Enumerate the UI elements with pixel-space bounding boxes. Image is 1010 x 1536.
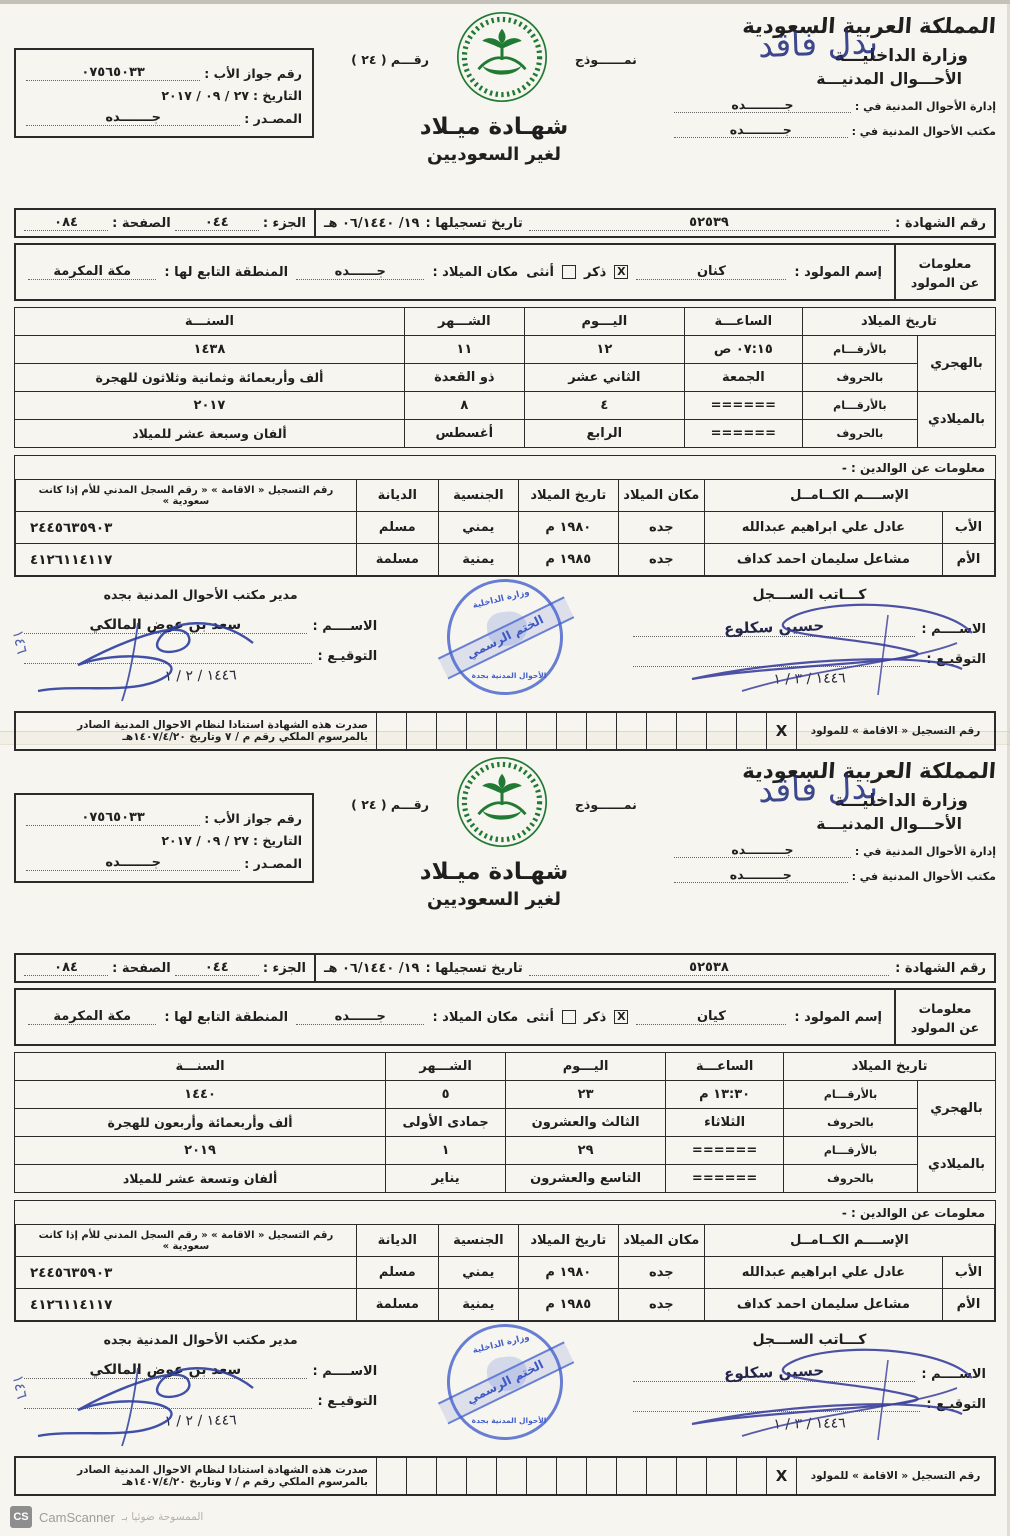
empty-box bbox=[496, 1458, 526, 1494]
gregorian-day-words: الرابع bbox=[524, 420, 684, 448]
empty-box bbox=[466, 1458, 496, 1494]
stamp-column: وزارة الداخلية الختم الرسمي الأحوال المد… bbox=[387, 585, 623, 707]
director-title: مدير مكتب الأحوال المدنية بجده bbox=[24, 1332, 377, 1347]
gregorian-day-number: ٢٩ bbox=[506, 1137, 666, 1165]
saudi-emblem-icon bbox=[455, 10, 549, 108]
issuance-note: صدرت هذه الشهادة استنادا لنظام الاحوال ا… bbox=[16, 713, 376, 749]
newborn-section-line2: عن المولود bbox=[896, 274, 994, 293]
header-center-block: نمــــــوذج bbox=[314, 8, 674, 204]
hijri-month-words: ذو القعدة bbox=[404, 364, 524, 392]
mother-row: الأم مشاعل سليمان احمد كداف جده ١٩٨٥ م ي… bbox=[16, 1289, 995, 1321]
empty-box bbox=[736, 713, 766, 749]
mother-label-cell: الأم bbox=[943, 1289, 995, 1321]
registrar-name-value: حسين سكلوع bbox=[633, 618, 916, 637]
mother-row: الأم مشاعل سليمان احمد كداف جده ١٩٨٥ م ي… bbox=[16, 544, 995, 576]
civil-affairs-title: الأحـــوال المدنيـــة bbox=[674, 70, 962, 88]
passport-source-line: المصـدر : جـــــــده bbox=[26, 110, 302, 126]
hour-column-header: الساعـــة bbox=[684, 308, 802, 336]
mother-name: مشاعل سليمان احمد كداف bbox=[704, 544, 942, 576]
hijri-day-number: ١٢ bbox=[524, 336, 684, 364]
certificate-number-row: رقم الشهادة : ٥٢٥٣٩ تاريخ تسجيلها : ١٩/ … bbox=[14, 208, 996, 238]
certificate-header: المملكة العربية السعودية بدل فاقد وزارة … bbox=[14, 753, 996, 949]
form-word-label: نمــــــوذج bbox=[575, 797, 637, 812]
certificate-number-row: رقم الشهادة : ٥٢٥٣٨ تاريخ تسجيلها : ١٩/ … bbox=[14, 953, 996, 983]
page-label: الصفحة : bbox=[112, 961, 170, 976]
empty-box bbox=[376, 713, 406, 749]
male-label: ذكر bbox=[584, 1010, 606, 1025]
registrar-name-line: الاســــم : حسين سكلوع bbox=[633, 618, 986, 637]
registrar-title: كـــاتب الســـجل bbox=[633, 1332, 986, 1348]
official-stamp: وزارة الداخلية الختم الرسمي الأحوال المد… bbox=[441, 1318, 568, 1445]
hijri-weekday: الجمعة bbox=[684, 364, 802, 392]
male-checkbox: X bbox=[614, 1010, 628, 1024]
hijri-month-number: ١١ bbox=[404, 336, 524, 364]
mother-religion: مسلمة bbox=[356, 544, 438, 576]
father-name: عادل علي ابراهيم عبدالله bbox=[704, 1257, 942, 1289]
mother-label-cell: الأم bbox=[943, 544, 995, 576]
signatures-section: كـــاتب الســـجل الاســــم : حسين سكلوع … bbox=[14, 585, 996, 707]
registrar-name-label: الاســــم : bbox=[921, 1367, 986, 1382]
director-block: مدير مكتب الأحوال المدنية بجده الاســــم… bbox=[14, 1330, 387, 1452]
newborn-section-label: معلومات عن المولود bbox=[894, 990, 994, 1044]
hijri-year-number: ١٤٤٠ bbox=[15, 1081, 386, 1109]
female-checkbox bbox=[562, 1010, 576, 1024]
registrar-signature-label: التوقيـع : bbox=[926, 1397, 986, 1412]
gregorian-day-number: ٤ bbox=[524, 392, 684, 420]
local-office-line: مكتب الأحوال المدنية في : جـــــــــده bbox=[674, 122, 996, 138]
form-number-label: رقـــم ( ٢٤ ) bbox=[351, 797, 429, 812]
father-religion: مسلم bbox=[356, 512, 438, 544]
newborn-section-line1: معلومات bbox=[896, 255, 994, 274]
local-office-label: مكتب الأحوال المدنية في : bbox=[852, 870, 996, 883]
empty-box bbox=[376, 1458, 406, 1494]
birthplace-label: مكان الميلاد : bbox=[432, 265, 518, 280]
camscanner-arabic-text: الممسوحة ضوئيا بـ bbox=[122, 1511, 203, 1523]
hijri-month-number: ٥ bbox=[386, 1081, 506, 1109]
registrar-signature-line: التوقيـع : bbox=[633, 652, 986, 667]
passport-date-line: التاريخ : ٢٧ / ٠٩ / ٢٠١٧ bbox=[26, 88, 302, 103]
father-birthplace: جده bbox=[618, 512, 704, 544]
newborn-section-label: معلومات عن المولود bbox=[894, 245, 994, 299]
admin-office-line: إدارة الأحوال المدنية في : جـــــــــده bbox=[674, 842, 996, 858]
empty-box bbox=[736, 1458, 766, 1494]
form-number-label: رقـــم ( ٢٤ ) bbox=[351, 52, 429, 67]
parents-section: معلومات عن الوالدين : - الإســــم الكــا… bbox=[14, 1200, 996, 1322]
month-column-header: الشـــهر bbox=[386, 1053, 506, 1081]
region-label: المنطقة التابع لها : bbox=[164, 265, 288, 280]
director-name-label: الاســــم : bbox=[313, 1364, 378, 1379]
gregorian-year-words: ألفان وتسعة عشر للميلاد bbox=[15, 1165, 386, 1193]
empty-box bbox=[436, 713, 466, 749]
parent-birthplace-header: مكان الميلاد bbox=[618, 1225, 704, 1257]
saudi-emblem-icon bbox=[455, 755, 549, 853]
director-signature-label: التوقيـع : bbox=[318, 649, 378, 664]
x-mark-box: X bbox=[766, 713, 796, 749]
director-signature-area bbox=[24, 663, 311, 664]
empty-box bbox=[646, 713, 676, 749]
hijri-day-number: ٢٣ bbox=[506, 1081, 666, 1109]
header-ministry-block: المملكة العربية السعودية بدل فاقد وزارة … bbox=[674, 753, 996, 949]
certificate-number-label: رقم الشهادة : bbox=[895, 216, 986, 231]
birth-date-title-cell: تاريخ الميلاد bbox=[784, 1053, 996, 1081]
gregorian-hour-number: ====== bbox=[684, 392, 802, 420]
hijri-weekday: الثلاثاء bbox=[666, 1109, 784, 1137]
registrar-title: كـــاتب الســـجل bbox=[633, 587, 986, 603]
empty-box bbox=[556, 713, 586, 749]
registrar-handwritten-name: حسين سكلوع bbox=[724, 1361, 825, 1382]
registration-number-header: رقم التسجيل « الاقامة » « رقم السجل المد… bbox=[16, 480, 357, 512]
gregorian-numbers-row: بالميلادي بالأرقـــام ====== ٤ ٨ ٢٠١٧ bbox=[15, 392, 996, 420]
hijri-numbers-row: بالهجري بالأرقـــام ١٣:٣٠ م ٢٣ ٥ ١٤٤٠ bbox=[15, 1081, 996, 1109]
female-checkbox bbox=[562, 265, 576, 279]
letters-label-cell: بالحروف bbox=[784, 1109, 918, 1137]
registrar-signature-line: التوقيـع : bbox=[633, 1397, 986, 1412]
gregorian-weekday: ====== bbox=[666, 1165, 784, 1193]
handwritten-replacement-note: بدل فاقد bbox=[757, 22, 878, 65]
director-name-value: سعد بن عوض المالكي bbox=[24, 1362, 307, 1379]
newborn-name-label: إسم المولود : bbox=[794, 1010, 882, 1025]
gregorian-letters-row: بالحروف ====== الرابع أغسطس ألفان وسبعة … bbox=[15, 420, 996, 448]
numbers-label-cell-2: بالأرقـــام bbox=[802, 392, 917, 420]
religion-header: الديانة bbox=[356, 1225, 438, 1257]
newborn-section-line2: عن المولود bbox=[896, 1019, 994, 1038]
father-label-cell: الأب bbox=[943, 1257, 995, 1289]
gregorian-month-words: أغسطس bbox=[404, 420, 524, 448]
emblem-row: نمــــــوذج bbox=[314, 10, 674, 108]
director-title: مدير مكتب الأحوال المدنية بجده bbox=[24, 587, 377, 602]
newborn-registration-label: رقم التسجيل « الاقامة » للمولود bbox=[796, 713, 994, 749]
registration-date-label: تاريخ تسجيلها : bbox=[426, 216, 523, 231]
part-value: ٠٤٤ bbox=[175, 960, 259, 976]
passport-number-line: رقم جواز الأب : ٠٧٥٦٥٠٣٣ bbox=[26, 65, 302, 81]
director-signature-line: التوقيـع : bbox=[24, 1394, 377, 1409]
empty-box bbox=[616, 713, 646, 749]
passport-number-label: رقم جواز الأب : bbox=[204, 811, 302, 826]
mother-birthdate: ١٩٨٥ م bbox=[518, 1289, 618, 1321]
parents-section-label: معلومات عن الوالدين : - bbox=[21, 459, 989, 479]
empty-box bbox=[466, 713, 496, 749]
certificate-header: المملكة العربية السعودية بدل فاقد وزارة … bbox=[14, 8, 996, 204]
passport-source-label: المصـدر : bbox=[244, 111, 302, 126]
passport-number-value: ٠٧٥٦٥٠٣٣ bbox=[26, 65, 200, 81]
newborn-info-content: إسم المولود : كيان X ذكر أنثى مكان الميل… bbox=[16, 990, 894, 1044]
page-value: ٠٨٤ bbox=[24, 215, 108, 231]
part-page-section: الجزء : ٠٤٤ الصفحة : ٠٨٤ bbox=[16, 955, 316, 981]
x-mark-box: X bbox=[766, 1458, 796, 1494]
empty-box bbox=[616, 1458, 646, 1494]
camscanner-logo-icon: CS bbox=[10, 1506, 32, 1528]
gregorian-numbers-row: بالميلادي بالأرقـــام ====== ٢٩ ١ ٢٠١٩ bbox=[15, 1137, 996, 1165]
camscanner-watermark: CS CamScanner الممسوحة ضوئيا بـ bbox=[10, 1506, 203, 1528]
hijri-label-cell: بالهجري bbox=[918, 1081, 996, 1137]
director-signature-area bbox=[24, 1408, 311, 1409]
mother-birthdate: ١٩٨٥ م bbox=[518, 544, 618, 576]
religion-header: الديانة bbox=[356, 480, 438, 512]
father-passport-box: رقم جواز الأب : ٠٧٥٦٥٠٣٣ التاريخ : ٢٧ / … bbox=[14, 48, 314, 138]
registration-number-header: رقم التسجيل « الاقامة » « رقم السجل المد… bbox=[16, 1225, 357, 1257]
hijri-numbers-row: بالهجري بالأرقـــام ٠٧:١٥ ص ١٢ ١١ ١٤٣٨ bbox=[15, 336, 996, 364]
empty-box bbox=[586, 713, 616, 749]
newborn-section-line1: معلومات bbox=[896, 1000, 994, 1019]
registration-date-value: ١٩/ ٠٦/١٤٤٠ هـ bbox=[324, 961, 420, 976]
admin-office-value: جـــــــــده bbox=[674, 97, 851, 113]
parent-birthdate-header: تاريخ الميلاد bbox=[518, 480, 618, 512]
parents-header-row: الإســــم الكــامــل مكان الميلاد تاريخ … bbox=[16, 480, 995, 512]
part-value: ٠٤٤ bbox=[175, 215, 259, 231]
registrar-handwritten-name: حسين سكلوع bbox=[724, 616, 825, 637]
gregorian-letters-row: بالحروف ====== التاسع والعشرون يناير ألف… bbox=[15, 1165, 996, 1193]
empty-box bbox=[646, 1458, 676, 1494]
day-column-header: اليـــوم bbox=[524, 308, 684, 336]
passport-number-value: ٠٧٥٦٥٠٣٣ bbox=[26, 810, 200, 826]
father-religion: مسلم bbox=[356, 1257, 438, 1289]
form-word-label: نمــــــوذج bbox=[575, 52, 637, 67]
registrar-signature-area bbox=[633, 1411, 920, 1412]
empty-box bbox=[406, 713, 436, 749]
nationality-header: الجنسية bbox=[438, 1225, 518, 1257]
father-registration-number: ٢٤٤٥٦٣٥٩٠٣ bbox=[16, 512, 357, 544]
gregorian-year-words: ألفان وسبعة عشر للميلاد bbox=[15, 420, 405, 448]
admin-office-value: جـــــــــده bbox=[674, 842, 851, 858]
certificates-container: المملكة العربية السعودية بدل فاقد وزارة … bbox=[0, 0, 1010, 1476]
full-name-header: الإســــم الكــامــل bbox=[704, 1225, 994, 1257]
registrar-signature-date: ١٤٤٦ / ٣ / ١ bbox=[633, 1413, 986, 1435]
father-passport-box: رقم جواز الأب : ٠٧٥٦٥٠٣٣ التاريخ : ٢٧ / … bbox=[14, 793, 314, 883]
numbers-label-cell: بالأرقـــام bbox=[784, 1081, 918, 1109]
passport-date-label: التاريخ : bbox=[253, 833, 302, 848]
certificate-subtitle: لغير السعوديين bbox=[314, 144, 674, 165]
letters-label-cell-2: بالحروف bbox=[784, 1165, 918, 1193]
region-value: مكة المكرمة bbox=[28, 1009, 156, 1025]
parents-section-label: معلومات عن الوالدين : - bbox=[21, 1204, 989, 1224]
mother-birthplace: جده bbox=[618, 544, 704, 576]
letters-label-cell-2: بالحروف bbox=[802, 420, 917, 448]
newborn-name-value: كيان bbox=[636, 1009, 786, 1025]
empty-box bbox=[556, 1458, 586, 1494]
empty-box bbox=[676, 713, 706, 749]
hijri-month-words: جمادى الأولى bbox=[386, 1109, 506, 1137]
local-office-label: مكتب الأحوال المدنية في : bbox=[852, 125, 996, 138]
page-label: الصفحة : bbox=[112, 216, 170, 231]
director-typed-name: سعد بن عوض المالكي bbox=[89, 1362, 241, 1378]
parents-section: معلومات عن الوالدين : - الإســــم الكــا… bbox=[14, 455, 996, 577]
local-office-value: جـــــــــده bbox=[674, 867, 848, 883]
nationality-header: الجنسية bbox=[438, 480, 518, 512]
camscanner-text: CamScanner bbox=[39, 1510, 115, 1525]
empty-box bbox=[496, 713, 526, 749]
registrar-name-line: الاســــم : حسين سكلوع bbox=[633, 1363, 986, 1382]
certificate-title: شهـادة ميـلاد bbox=[314, 859, 674, 885]
letters-label-cell: بالحروف bbox=[802, 364, 917, 392]
father-birthplace: جده bbox=[618, 1257, 704, 1289]
passport-source-value: جـــــــده bbox=[26, 110, 240, 126]
mother-religion: مسلمة bbox=[356, 1289, 438, 1321]
newborn-name-value: كنان bbox=[636, 264, 786, 280]
director-typed-name: سعد بن عوض المالكي bbox=[89, 617, 241, 633]
year-column-header: السنـــة bbox=[15, 1053, 386, 1081]
gregorian-label-cell: بالميلادي bbox=[918, 392, 996, 448]
newborn-name-label: إسم المولود : bbox=[794, 265, 882, 280]
header-ministry-block: المملكة العربية السعودية بدل فاقد وزارة … bbox=[674, 8, 996, 204]
female-label: أنثى bbox=[526, 1010, 554, 1025]
registrar-name-value: حسين سكلوع bbox=[633, 1363, 916, 1382]
parents-table: الإســــم الكــامــل مكان الميلاد تاريخ … bbox=[15, 1224, 995, 1321]
header-center-block: نمــــــوذج bbox=[314, 753, 674, 949]
admin-office-label: إدارة الأحوال المدنية في : bbox=[855, 845, 996, 858]
male-checkbox: X bbox=[614, 265, 628, 279]
certificate-number-label: رقم الشهادة : bbox=[895, 961, 986, 976]
part-label: الجزء : bbox=[263, 216, 306, 231]
admin-office-label: إدارة الأحوال المدنية في : bbox=[855, 100, 996, 113]
female-label: أنثى bbox=[526, 265, 554, 280]
certificate-number-value: ٥٢٥٣٨ bbox=[529, 960, 889, 976]
mother-registration-number: ٤١٢٦١١٤١١٧ bbox=[16, 544, 357, 576]
registrar-signature-area bbox=[633, 666, 920, 667]
mother-birthplace: جده bbox=[618, 1289, 704, 1321]
newborn-info-row: معلومات عن المولود إسم المولود : كنان X … bbox=[14, 243, 996, 301]
mother-nationality: يمنية bbox=[438, 544, 518, 576]
hijri-year-words: ألف وأربعمائة وأربعون للهجرة bbox=[15, 1109, 386, 1137]
hijri-year-number: ١٤٣٨ bbox=[15, 336, 405, 364]
director-name-label: الاســــم : bbox=[313, 619, 378, 634]
hijri-hour-number: ١٣:٣٠ م bbox=[666, 1081, 784, 1109]
registrar-name-label: الاســــم : bbox=[921, 622, 986, 637]
empty-box bbox=[406, 1458, 436, 1494]
birthplace-value: جــــــده bbox=[296, 1009, 424, 1025]
passport-date-value: ٢٧ / ٠٩ / ٢٠١٧ bbox=[161, 833, 249, 848]
gregorian-label-cell: بالميلادي bbox=[918, 1137, 996, 1193]
director-signature-date: ١٤٤٦ / ٢ / ١ bbox=[24, 1410, 377, 1432]
empty-box bbox=[526, 713, 556, 749]
birth-date-table: تاريخ الميلاد الساعـــة اليـــوم الشـــه… bbox=[14, 1052, 996, 1193]
director-name-line: الاســــم : سعد بن عوض المالكي bbox=[24, 1362, 377, 1379]
gregorian-day-words: التاسع والعشرون bbox=[506, 1165, 666, 1193]
registrar-block: كـــاتب الســـجل الاســــم : حسين سكلوع … bbox=[623, 585, 996, 707]
signatures-section: كـــاتب الســـجل الاســــم : حسين سكلوع … bbox=[14, 1330, 996, 1452]
passport-date-line: التاريخ : ٢٧ / ٠٩ / ٢٠١٧ bbox=[26, 833, 302, 848]
father-nationality: يمني bbox=[438, 512, 518, 544]
empty-box bbox=[526, 1458, 556, 1494]
parents-header-row: الإســــم الكــامــل مكان الميلاد تاريخ … bbox=[16, 1225, 995, 1257]
passport-source-value: جـــــــده bbox=[26, 855, 240, 871]
stamp-civil-affairs-text: الأحوال المدنية بجدة bbox=[454, 1416, 564, 1425]
birth-table-header-row: تاريخ الميلاد الساعـــة اليـــوم الشـــه… bbox=[15, 308, 996, 336]
birth-certificate: المملكة العربية السعودية بدل فاقد وزارة … bbox=[14, 745, 996, 1476]
birth-date-title-cell: تاريخ الميلاد bbox=[802, 308, 995, 336]
year-column-header: السنـــة bbox=[15, 308, 405, 336]
newborn-registration-label: رقم التسجيل « الاقامة » للمولود bbox=[796, 1458, 994, 1494]
certificate-number-section: رقم الشهادة : ٥٢٥٣٨ تاريخ تسجيلها : ١٩/ … bbox=[316, 955, 994, 981]
director-signature-line: التوقيـع : bbox=[24, 649, 377, 664]
region-label: المنطقة التابع لها : bbox=[164, 1010, 288, 1025]
hour-column-header: الساعـــة bbox=[666, 1053, 784, 1081]
gregorian-month-words: يناير bbox=[386, 1165, 506, 1193]
parent-birthdate-header: تاريخ الميلاد bbox=[518, 1225, 618, 1257]
local-office-value: جـــــــــده bbox=[674, 122, 848, 138]
part-page-section: الجزء : ٠٤٤ الصفحة : ٠٨٤ bbox=[16, 210, 316, 236]
full-name-header: الإســــم الكــامــل bbox=[704, 480, 994, 512]
certificate-title: شهـادة ميـلاد bbox=[314, 114, 674, 140]
parent-birthplace-header: مكان الميلاد bbox=[618, 480, 704, 512]
official-stamp: وزارة الداخلية الختم الرسمي الأحوال المد… bbox=[441, 573, 568, 700]
gregorian-weekday: ====== bbox=[684, 420, 802, 448]
gregorian-hour-number: ====== bbox=[666, 1137, 784, 1165]
father-nationality: يمني bbox=[438, 1257, 518, 1289]
passport-number-label: رقم جواز الأب : bbox=[204, 66, 302, 81]
registrar-signature-label: التوقيـع : bbox=[926, 652, 986, 667]
birth-certificate: المملكة العربية السعودية بدل فاقد وزارة … bbox=[14, 0, 996, 731]
passport-date-label: التاريخ : bbox=[253, 88, 302, 103]
birthplace-value: جــــــده bbox=[296, 264, 424, 280]
issuance-note: صدرت هذه الشهادة استنادا لنظام الاحوال ا… bbox=[16, 1458, 376, 1494]
admin-office-line: إدارة الأحوال المدنية في : جـــــــــده bbox=[674, 97, 996, 113]
birth-table-header-row: تاريخ الميلاد الساعـــة اليـــوم الشـــه… bbox=[15, 1053, 996, 1081]
father-birthdate: ١٩٨٠ م bbox=[518, 512, 618, 544]
director-name-value: سعد بن عوض المالكي bbox=[24, 617, 307, 634]
numbers-label-cell-2: بالأرقـــام bbox=[784, 1137, 918, 1165]
gregorian-month-number: ١ bbox=[386, 1137, 506, 1165]
empty-box bbox=[706, 1458, 736, 1494]
newborn-info-row: معلومات عن المولود إسم المولود : كيان X … bbox=[14, 988, 996, 1046]
hijri-hour-number: ٠٧:١٥ ص bbox=[684, 336, 802, 364]
passport-source-line: المصـدر : جـــــــده bbox=[26, 855, 302, 871]
passport-number-line: رقم جواز الأب : ٠٧٥٦٥٠٣٣ bbox=[26, 810, 302, 826]
stamp-column: وزارة الداخلية الختم الرسمي الأحوال المد… bbox=[387, 1330, 623, 1452]
gregorian-year-number: ٢٠١٧ bbox=[15, 392, 405, 420]
emblem-row: نمــــــوذج bbox=[314, 755, 674, 853]
passport-date-value: ٢٧ / ٠٩ / ٢٠١٧ bbox=[161, 88, 249, 103]
civil-affairs-title: الأحـــوال المدنيـــة bbox=[674, 815, 962, 833]
male-label: ذكر bbox=[584, 265, 606, 280]
mother-nationality: يمنية bbox=[438, 1289, 518, 1321]
certificate-subtitle: لغير السعوديين bbox=[314, 889, 674, 910]
registration-date-value: ١٩/ ٠٦/١٤٤٠ هـ bbox=[324, 216, 420, 231]
registrar-block: كـــاتب الســـجل الاســــم : حسين سكلوع … bbox=[623, 1330, 996, 1452]
handwritten-replacement-note: بدل فاقد bbox=[757, 767, 878, 810]
empty-box bbox=[436, 1458, 466, 1494]
mother-name: مشاعل سليمان احمد كداف bbox=[704, 1289, 942, 1321]
empty-box bbox=[706, 713, 736, 749]
birthplace-label: مكان الميلاد : bbox=[432, 1010, 518, 1025]
certificate-number-section: رقم الشهادة : ٥٢٥٣٩ تاريخ تسجيلها : ١٩/ … bbox=[316, 210, 994, 236]
certificate-number-value: ٥٢٥٣٩ bbox=[529, 215, 889, 231]
header-passport-block: رقم جواز الأب : ٠٧٥٦٥٠٣٣ التاريخ : ٢٧ / … bbox=[14, 753, 314, 949]
day-column-header: اليـــوم bbox=[506, 1053, 666, 1081]
numbers-label-cell: بالأرقـــام bbox=[802, 336, 917, 364]
hijri-letters-row: بالحروف الجمعة الثاني عشر ذو القعدة ألف … bbox=[15, 364, 996, 392]
hijri-letters-row: بالحروف الثلاثاء الثالث والعشرون جمادى ا… bbox=[15, 1109, 996, 1137]
father-row: الأب عادل علي ابراهيم عبدالله جده ١٩٨٠ م… bbox=[16, 1257, 995, 1289]
father-label-cell: الأب bbox=[943, 512, 995, 544]
parents-table: الإســــم الكــامــل مكان الميلاد تاريخ … bbox=[15, 479, 995, 576]
empty-box bbox=[676, 1458, 706, 1494]
father-name: عادل علي ابراهيم عبدالله bbox=[704, 512, 942, 544]
part-label: الجزء : bbox=[263, 961, 306, 976]
newborn-info-content: إسم المولود : كنان X ذكر أنثى مكان الميل… bbox=[16, 245, 894, 299]
local-office-line: مكتب الأحوال المدنية في : جـــــــــده bbox=[674, 867, 996, 883]
birth-date-table: تاريخ الميلاد الساعـــة اليـــوم الشـــه… bbox=[14, 307, 996, 448]
director-name-line: الاســــم : سعد بن عوض المالكي bbox=[24, 617, 377, 634]
bottom-registration-strip: رقم التسجيل « الاقامة » للمولود X صدرت ه… bbox=[14, 1456, 996, 1496]
gregorian-year-number: ٢٠١٩ bbox=[15, 1137, 386, 1165]
hijri-day-words: الثاني عشر bbox=[524, 364, 684, 392]
registration-date-label: تاريخ تسجيلها : bbox=[426, 961, 523, 976]
page-value: ٠٨٤ bbox=[24, 960, 108, 976]
director-signature-label: التوقيـع : bbox=[318, 1394, 378, 1409]
director-block: مدير مكتب الأحوال المدنية بجده الاســــم… bbox=[14, 585, 387, 707]
mother-registration-number: ٤١٢٦١١٤١١٧ bbox=[16, 1289, 357, 1321]
father-registration-number: ٢٤٤٥٦٣٥٩٠٣ bbox=[16, 1257, 357, 1289]
